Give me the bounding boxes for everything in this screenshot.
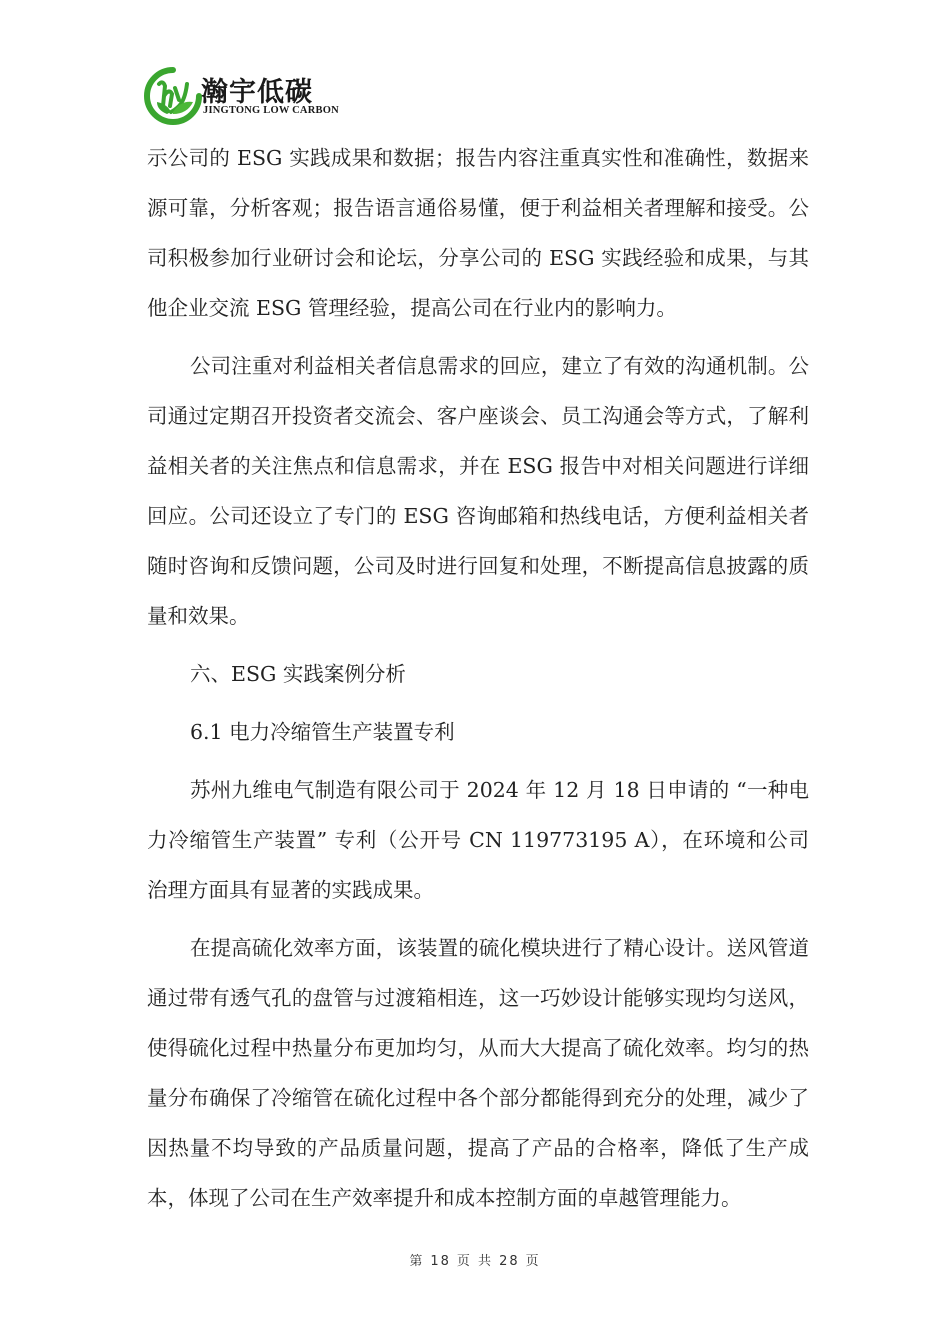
paragraph-patent-intro: 苏州九维电气制造有限公司于 2024 年 12 月 18 日申请的 “一种电力冷…	[147, 765, 809, 915]
section-heading: 六、ESG 实践案例分析	[147, 649, 809, 699]
logo-name-en: JINGTONG LOW CARBON	[203, 105, 339, 116]
footer-prefix: 第	[409, 1254, 424, 1269]
subsection-heading: 6.1 电力冷缩管生产装置专利	[147, 707, 809, 757]
paragraph-vulcanization-efficiency: 在提高硫化效率方面，该装置的硫化模块进行了精心设计。送风管道通过带有透气孔的盘管…	[147, 923, 809, 1223]
document-page: 瀚宇低碳 JINGTONG LOW CARBON 示公司的 ESG 实践成果和数…	[0, 0, 950, 1343]
paragraph-continuation: 示公司的 ESG 实践成果和数据；报告内容注重真实性和准确性，数据来源可靠，分析…	[147, 133, 809, 333]
total-page-count: 28	[499, 1254, 520, 1269]
paragraph-stakeholder-communication: 公司注重对利益相关者信息需求的回应，建立了有效的沟通机制。公司通过定期召开投资者…	[147, 341, 809, 641]
current-page-number: 18	[430, 1254, 451, 1269]
document-body: 示公司的 ESG 实践成果和数据；报告内容注重真实性和准确性，数据来源可靠，分析…	[147, 133, 809, 1231]
footer-suffix: 页	[526, 1254, 541, 1269]
footer-middle: 页 共	[457, 1254, 493, 1269]
company-logo: 瀚宇低碳 JINGTONG LOW CARBON	[143, 66, 333, 128]
logo-name-cn: 瀚宇低碳	[201, 70, 313, 109]
leaf-hy-logo-icon	[143, 66, 203, 126]
page-footer: 第18页 共28页	[0, 1250, 950, 1269]
